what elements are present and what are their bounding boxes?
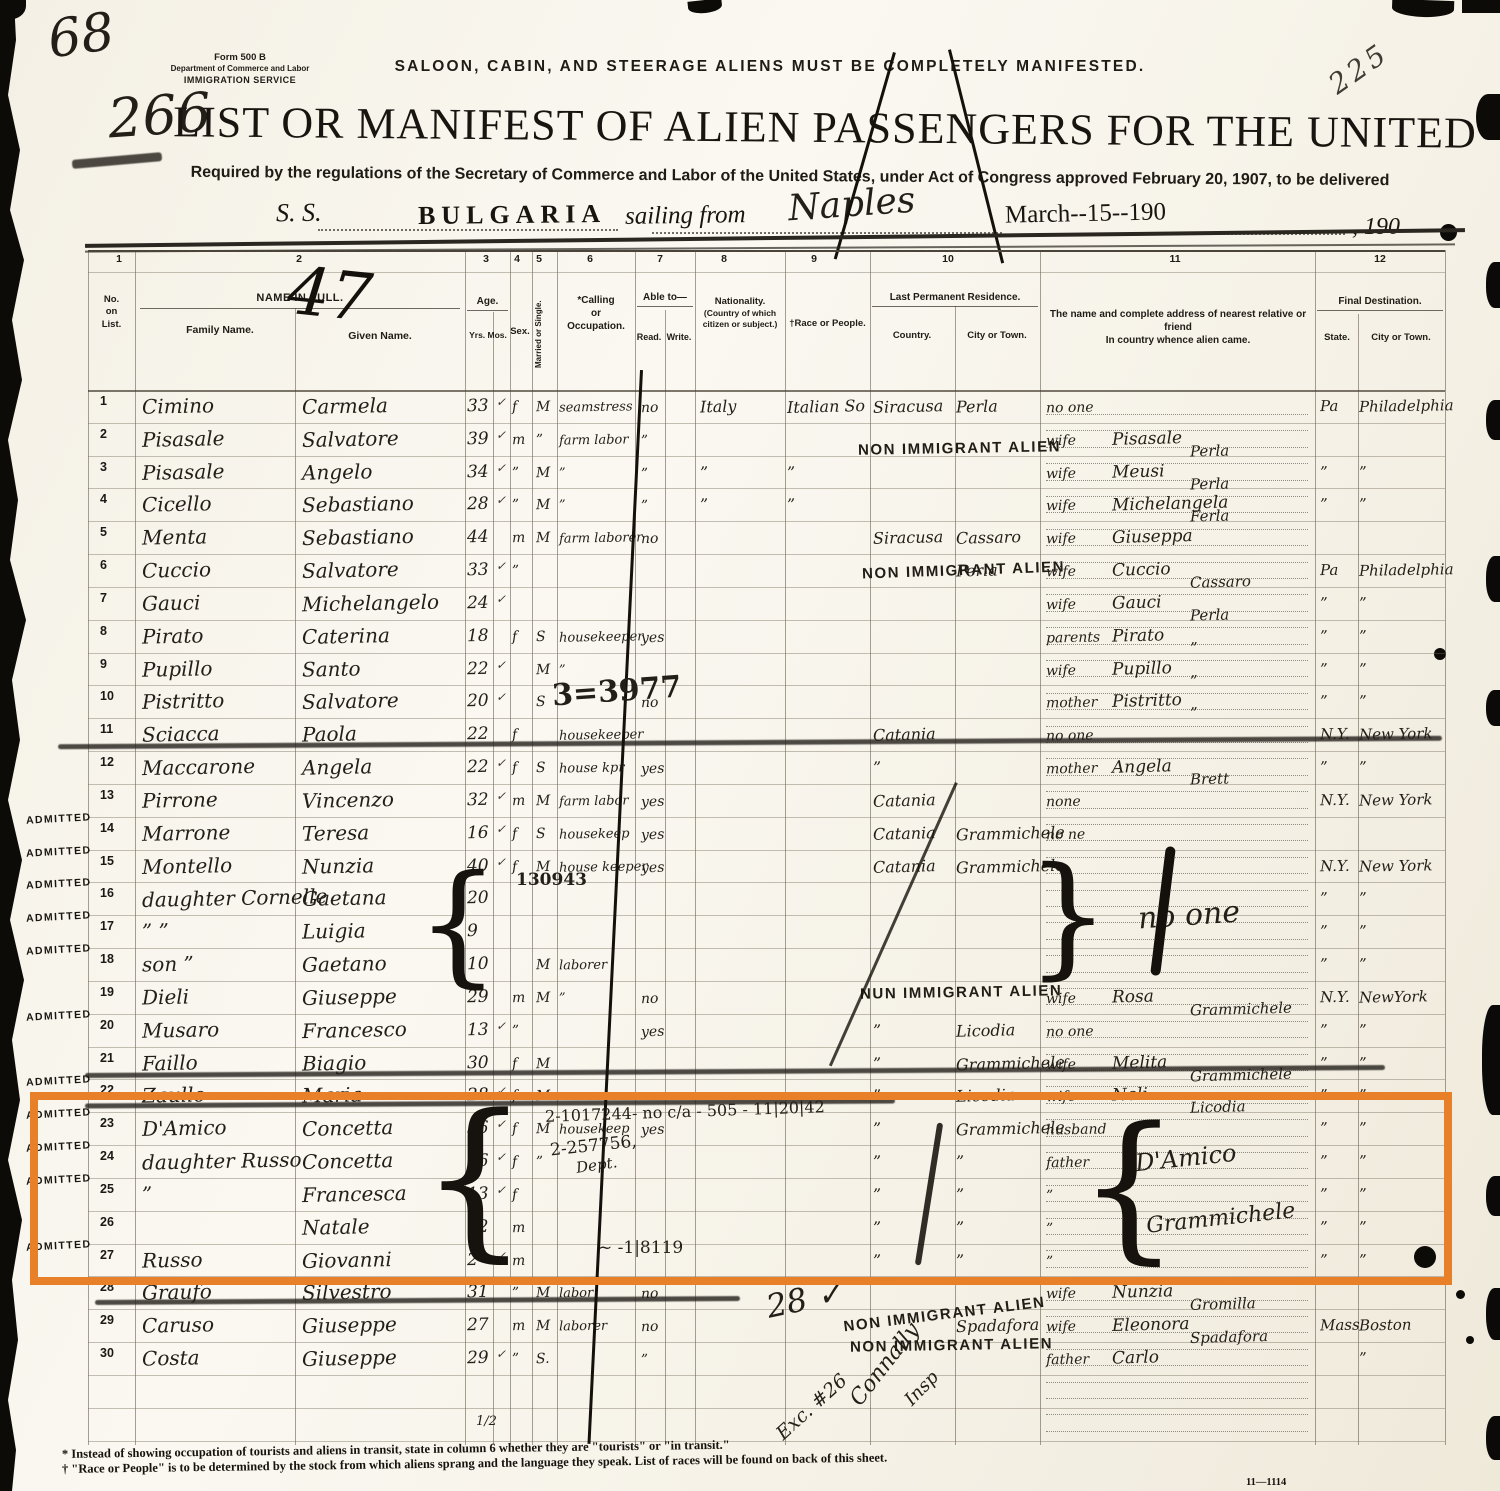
dotted-leader <box>1046 627 1308 628</box>
col-country: Country. <box>872 330 952 341</box>
cell-read-write: ” <box>641 434 649 448</box>
ship-name: BULGARIA <box>418 199 606 231</box>
col-able-to: Able to— <box>635 292 695 303</box>
cell-given-name: Teresa <box>302 822 370 843</box>
column-number: 10 <box>933 253 963 265</box>
cell-read-write: no <box>641 532 659 547</box>
torn-nick <box>1486 1416 1500 1460</box>
cell-destination: ” <box>1359 629 1367 644</box>
cell-relative-city: Perla <box>1190 607 1230 623</box>
cell-given-name: Angelo <box>302 461 373 482</box>
cell-age: 28 <box>467 496 489 513</box>
cell-age: 20 <box>467 693 489 710</box>
cell-relative-name: Pisasale <box>1112 430 1183 449</box>
row-line <box>88 620 1445 621</box>
cell-state: ” <box>1320 957 1328 972</box>
row-line <box>88 488 1445 489</box>
cell-occupation: ” <box>559 499 566 512</box>
cell-checkmark: ✓ <box>496 560 506 572</box>
cell-race: ” <box>787 465 796 481</box>
cell-checkmark: ✓ <box>496 823 506 835</box>
cell-sex: m <box>512 794 526 808</box>
ink-scrawl <box>834 52 896 259</box>
cell-row-number: 29 <box>100 1314 114 1327</box>
cell-relative-city: Cassaro <box>1190 574 1251 591</box>
column-number: 9 <box>799 253 829 265</box>
cell-family-name: Menta <box>142 527 208 548</box>
torn-nick <box>1486 262 1500 308</box>
cell-relative-label: wife <box>1046 499 1076 514</box>
non-immigrant-alien-stamp: NON IMMIGRANT ALIEN <box>858 438 1061 459</box>
cell-row-number: 21 <box>100 1052 114 1065</box>
cell-row-number: 12 <box>100 756 114 769</box>
cell-family-name: Pirrone <box>142 789 218 811</box>
col-label: Nationality. <box>695 296 785 308</box>
cell-destination: ” <box>1359 924 1367 939</box>
cell-given-name: Sebastiano <box>302 493 414 515</box>
cell-given-name: Salvatore <box>302 559 399 581</box>
cell-country: Siracusa <box>873 529 944 547</box>
cell-age: 33 <box>467 562 489 579</box>
torn-nick <box>1486 690 1500 726</box>
row-line <box>88 1375 1445 1376</box>
cell-relative-name: Nunzia <box>1112 1284 1174 1303</box>
cell-age: 39 <box>467 431 489 448</box>
row-line <box>88 948 1445 949</box>
cell-age: 32 <box>467 792 489 809</box>
admitted-stamp: ADMITTED <box>26 910 92 925</box>
punch-hole <box>1440 224 1457 241</box>
cell-marital: M <box>536 465 551 479</box>
col-label: *Calling <box>557 294 635 307</box>
cell-relative-label: mother <box>1046 696 1098 711</box>
col-city-town-10: City or Town. <box>955 330 1039 341</box>
col-race: †Race or People. <box>785 318 870 329</box>
cell-given-name: Giuseppe <box>302 986 397 1008</box>
cell-family-name: Musaro <box>142 1019 220 1041</box>
cell-state: ” <box>1320 465 1328 480</box>
dotted-leader <box>1046 611 1308 612</box>
cell-occupation: seamstress <box>559 400 633 414</box>
sailing-from-label: sailing from <box>625 201 746 231</box>
cell-race: Italian So <box>787 398 865 416</box>
cell-marital: S <box>536 761 546 775</box>
cell-given-name: Francesco <box>302 1019 407 1041</box>
cell-destination: ” <box>1359 760 1367 775</box>
cell-country: Siracusa <box>873 398 944 416</box>
ss-label: S. S. <box>276 198 322 229</box>
admitted-stamp: ADMITTED <box>26 844 92 859</box>
inspector-signature-2: Insp <box>900 1367 943 1410</box>
dotted-leader <box>1046 480 1308 481</box>
column-number: 1 <box>104 253 134 265</box>
cell-destination: NewYork <box>1359 989 1428 1005</box>
cell-city: Perla <box>956 398 998 415</box>
dotted-leader <box>1046 1054 1308 1055</box>
cell-family-name: Cicello <box>142 494 212 515</box>
cell-marital: M <box>536 662 551 676</box>
cell-age: 27 <box>467 1317 489 1334</box>
cell-occupation: ” <box>559 664 566 677</box>
row-line <box>88 1441 1445 1442</box>
col-no-on-list: No. on List. <box>88 294 135 331</box>
cell-relative-label: wife <box>1046 532 1076 547</box>
top-notice: SALOON, CABIN, AND STEERAGE ALIENS MUST … <box>350 58 1190 76</box>
row-line <box>88 915 1445 916</box>
cell-read-write: yes <box>641 762 665 777</box>
cell-country: Catania <box>873 792 936 810</box>
cell-relative-city: Perla <box>1190 443 1230 459</box>
cell-age: 33 <box>467 398 489 415</box>
row-line <box>88 456 1445 457</box>
dotted-leader <box>1046 726 1308 727</box>
ink-dot <box>1466 1336 1474 1344</box>
cell-country: ” <box>873 1023 882 1039</box>
cell-state: ” <box>1320 497 1328 512</box>
cell-country: Catania <box>873 825 936 843</box>
cell-read-write: yes <box>641 827 665 842</box>
cell-read-write: no <box>641 1320 659 1335</box>
cell-row-number: 2 <box>100 428 107 441</box>
col-calling: *Calling or Occupation. <box>557 294 635 333</box>
header-underline <box>467 310 508 311</box>
brace-mark: } <box>1026 850 1110 982</box>
row-line <box>88 1047 1445 1048</box>
cell-sex: m <box>512 991 526 1005</box>
cell-relative-label: wife <box>1046 598 1076 613</box>
dotted-leader <box>1046 1414 1308 1415</box>
dotted-leader <box>1046 578 1308 579</box>
cell-given-name: Biagio <box>302 1052 367 1073</box>
cell-family-name: Marrone <box>142 822 231 844</box>
cell-checkmark: ✓ <box>496 593 506 605</box>
cell-age: 22 <box>467 759 489 776</box>
cell-family-name: Pupillo <box>142 658 213 679</box>
col-label: citizen or subject.) <box>695 319 785 330</box>
col-nationality: Nationality. (Country of which citizen o… <box>695 296 785 330</box>
cell-marital: M <box>536 1319 551 1333</box>
cell-family-name: ” ” <box>142 921 169 942</box>
cell-row-number: 18 <box>100 953 114 966</box>
cell-occupation: farm labor <box>559 433 629 447</box>
page-title: LIST OR MANIFEST OF ALIEN PASSENGERS FOR… <box>170 96 1480 158</box>
admitted-stamp: ADMITTED <box>26 811 92 826</box>
cell-country: Catania <box>873 858 936 876</box>
dotted-leader <box>1046 594 1308 595</box>
col-city-town-12: City or Town. <box>1358 332 1444 343</box>
row-line <box>88 784 1445 785</box>
cell-sex: ” <box>512 564 520 578</box>
scan-blob <box>1392 0 1455 18</box>
sailing-date: March--15--190 <box>1005 198 1167 229</box>
cell-relative-city: ” <box>1190 641 1198 656</box>
col-sex: Sex. <box>504 326 536 337</box>
col-final-destination: Final Destination. <box>1315 296 1445 307</box>
cell-relative-name: Meusi <box>1112 463 1165 481</box>
column-number: 5 <box>524 253 554 265</box>
col-label: (Country of which <box>695 308 785 319</box>
row15-number: 130943 <box>516 870 587 890</box>
cell-occupation: ” <box>559 467 566 480</box>
torn-nick <box>1486 400 1500 440</box>
cell-family-name: Dieli <box>142 986 189 1007</box>
row-line <box>88 521 1445 522</box>
cell-relative-label: parents <box>1046 630 1100 645</box>
highlight-box <box>30 1092 1452 1285</box>
cell-family-name: Montello <box>142 855 233 877</box>
cell-relative-city: ” <box>1190 706 1198 721</box>
dotted-leader <box>1046 676 1308 677</box>
cell-age: 13 <box>467 1022 489 1039</box>
col-write: Write. <box>663 332 695 342</box>
cell-state: N.Y. <box>1320 793 1350 809</box>
cell-row-number: 16 <box>100 887 114 900</box>
cell-family-name: Pisasale <box>142 428 225 450</box>
cell-relative-name: Angela <box>1112 758 1172 777</box>
cell-destination: New York <box>1359 858 1433 874</box>
cell-relative-label: father <box>1046 1353 1089 1368</box>
cell-relative-city: Grammichele <box>1190 1001 1292 1019</box>
cell-checkmark: ✓ <box>496 659 506 671</box>
col-family-name: Family Name. <box>150 324 290 336</box>
dotted-leader <box>1046 1382 1308 1383</box>
cell-relative-name: Giuseppa <box>1112 528 1193 547</box>
cell-relative-label: wife <box>1046 1287 1076 1302</box>
col-married-single: Married or Single. <box>534 286 543 382</box>
cell-occupation: laborer <box>559 1320 607 1334</box>
cell-given-name: Giuseppe <box>302 1347 397 1369</box>
cell-relative-city: ” <box>1190 674 1198 689</box>
cell-row-number: 10 <box>100 690 114 703</box>
cell-relative-name: Rosa <box>1112 988 1154 1006</box>
cell-read-write: yes <box>641 795 665 810</box>
cell-destination: Boston <box>1359 1318 1412 1334</box>
cell-row-number: 11 <box>100 723 113 736</box>
cell-row-number: 13 <box>100 789 114 802</box>
cell-given-name: Vincenzo <box>302 789 394 811</box>
cell-given-name: Gaetano <box>302 953 387 975</box>
cell-marital: S <box>536 630 546 644</box>
cell-relative-city: Brett <box>1190 772 1230 788</box>
cell-read-write: no <box>641 992 659 1007</box>
cell-checkmark: ✓ <box>496 462 506 474</box>
dotted-leader <box>1046 1431 1308 1432</box>
cell-age: 44 <box>467 529 489 546</box>
top-right-scrawl: 225 <box>1322 36 1395 101</box>
torn-nick <box>1486 556 1500 602</box>
cell-marital: M <box>536 531 551 545</box>
cell-row-number: 19 <box>100 986 114 999</box>
cell-read-write: no <box>641 401 659 416</box>
col-label: on <box>88 306 135 318</box>
cell-checkmark: ✓ <box>496 790 506 802</box>
column-number: 12 <box>1365 253 1395 265</box>
cell-row-number: 4 <box>100 493 107 506</box>
cell-read-write: ” <box>641 499 649 513</box>
cell-checkmark: ✓ <box>496 691 506 703</box>
cell-checkmark: ✓ <box>496 1020 506 1032</box>
cell-family-name: Gauci <box>142 592 201 613</box>
page-subtitle: Required by the regulations of the Secre… <box>140 163 1440 190</box>
cell-sex: ” <box>512 1024 520 1038</box>
col-label: List. <box>88 319 135 331</box>
cell-destination: ” <box>1359 465 1367 480</box>
cell-relative-city: Gromilla <box>1190 1297 1256 1314</box>
cell-state: ” <box>1320 662 1328 677</box>
header-underline <box>637 306 693 307</box>
col-label: or <box>557 307 635 320</box>
cell-marital: S <box>536 827 546 841</box>
dotted-leader <box>1046 660 1308 661</box>
row-line <box>88 981 1445 982</box>
cell-family-name: Faillo <box>142 1052 198 1073</box>
cell-marital: ” <box>536 433 544 447</box>
cell-state: ” <box>1320 694 1328 709</box>
cell-read-write: yes <box>641 1024 665 1039</box>
cell-age: 30 <box>467 1054 489 1071</box>
cell-marital: S. <box>536 1352 550 1366</box>
cell-state: ” <box>1320 891 1328 906</box>
row-line <box>88 423 1445 424</box>
row-line <box>88 653 1445 654</box>
half-mark: 1/2 <box>476 1414 497 1429</box>
cell-row-number: 30 <box>100 1347 114 1360</box>
cell-age: 22 <box>467 660 489 677</box>
cell-family-name: son ” <box>142 954 194 975</box>
admitted-stamp: ADMITTED <box>26 1008 92 1023</box>
col-read: Read. <box>634 332 664 342</box>
row-line <box>88 850 1445 851</box>
tally-handwritten: 47 <box>284 252 376 337</box>
scan-blob <box>1462 0 1500 13</box>
cell-row-number: 5 <box>100 526 107 539</box>
row-line <box>88 882 1445 883</box>
cell-marital: M <box>536 1056 551 1070</box>
cell-occupation: laborer <box>559 959 607 973</box>
cell-given-name: Caterina <box>302 625 390 647</box>
cell-family-name: Costa <box>142 1347 200 1368</box>
col-label: The name and complete address of nearest… <box>1045 308 1311 334</box>
cell-relative-name: Pupillo <box>1112 660 1172 679</box>
dotted-leader <box>1046 1300 1308 1301</box>
cell-state: ” <box>1320 924 1328 939</box>
col-label: No. <box>88 294 135 306</box>
cell-row-number: 15 <box>100 855 114 868</box>
cell-given-name: Salvatore <box>302 428 399 450</box>
cell-relative-city: Spadafora <box>1190 1329 1268 1346</box>
cell-destination: ” <box>1359 497 1367 512</box>
cell-family-name: Cuccio <box>142 559 211 580</box>
form-print-number: 11—1114 <box>1246 1477 1286 1488</box>
cell-read-write: ” <box>641 1353 649 1367</box>
cell-sex: f <box>512 1057 518 1071</box>
cell-occupation: farm laborer <box>559 532 643 546</box>
row-line <box>88 554 1445 555</box>
cell-given-name: Nunzia <box>302 855 375 877</box>
cell-row-number: 8 <box>100 625 107 638</box>
scan-blob <box>687 0 722 15</box>
column-number: 6 <box>575 253 605 265</box>
cell-given-name: Santo <box>302 658 361 679</box>
sheet-number-handwritten: 68 <box>44 2 118 71</box>
cell-sex: f <box>512 728 518 742</box>
cell-relative-name: Carlo <box>1112 1349 1159 1367</box>
cell-marital: M <box>536 958 551 972</box>
dotted-leader <box>1046 1398 1308 1399</box>
dotted-leader <box>1046 562 1308 563</box>
cell-destination: ” <box>1359 596 1367 611</box>
cell-checkmark: ✓ <box>496 396 506 408</box>
cell-relative-label: no one <box>1046 401 1094 416</box>
cell-family-name: daughter Cornelle <box>142 886 328 910</box>
cell-age: 29 <box>467 1350 489 1367</box>
col-state: State. <box>1316 332 1358 343</box>
cell-relative-name: Cuccio <box>1112 561 1171 580</box>
manifest-page: Form 500 B Department of Commerce and La… <box>0 0 1500 1491</box>
dotted-leader <box>1046 791 1308 792</box>
cell-destination: ” <box>1359 957 1367 972</box>
cell-marital: M <box>536 794 551 808</box>
cell-sex: m <box>512 1319 526 1333</box>
cell-row-number: 6 <box>100 559 107 572</box>
col-relative: The name and complete address of nearest… <box>1045 308 1311 347</box>
cell-family-name: Maccarone <box>142 756 255 778</box>
dotted-leader <box>1046 1021 1308 1022</box>
brace-mark: { <box>416 858 500 990</box>
cell-destination: ” <box>1359 1351 1367 1366</box>
cell-sex: f <box>512 827 518 841</box>
row-line <box>88 685 1445 686</box>
cell-state: Pa <box>1320 563 1339 578</box>
ink-dot <box>1456 1290 1465 1299</box>
cell-family-name: Pistritto <box>142 691 225 713</box>
cell-read-write: ” <box>641 467 649 481</box>
column-number: 11 <box>1160 253 1190 265</box>
column-number: 3 <box>471 253 501 265</box>
torn-nick <box>1486 1176 1500 1216</box>
cell-relative-label: no one <box>1046 1024 1094 1039</box>
cell-family-name: Pirato <box>142 625 204 646</box>
cell-row-number: 1 <box>100 395 107 408</box>
cell-marital: M <box>536 400 551 414</box>
cell-family-name: Caruso <box>142 1314 214 1336</box>
torn-nick <box>1482 1005 1500 1115</box>
cell-row-number: 9 <box>100 658 107 671</box>
cell-read-write: yes <box>641 630 665 645</box>
cell-sex: m <box>512 433 526 447</box>
cell-family-name: Pisasale <box>142 461 225 483</box>
cell-age: 34 <box>467 463 489 480</box>
cell-sex: f <box>512 400 518 414</box>
dotted-leader <box>1046 1086 1308 1087</box>
cell-given-name: Luigia <box>302 921 366 942</box>
cell-given-name: Angela <box>302 756 373 777</box>
cell-given-name: Gaetana <box>302 888 387 910</box>
cell-marital: M <box>536 498 551 512</box>
cell-destination: New York <box>1359 792 1433 808</box>
header-underline <box>872 306 1038 307</box>
admitted-stamp: ADMITTED <box>26 877 92 892</box>
cell-sex: ” <box>512 466 520 480</box>
no-one-annotation: no one <box>1137 894 1241 936</box>
row-line <box>88 751 1445 752</box>
cell-nationality: ” <box>700 497 709 513</box>
cell-state: ” <box>1320 596 1328 611</box>
year-blank: , 190 <box>1352 214 1400 241</box>
form-id-block: Form 500 B Department of Commerce and La… <box>150 52 330 86</box>
admitted-stamp: ADMITTED <box>26 1074 92 1089</box>
cell-checkmark: ✓ <box>496 494 506 506</box>
